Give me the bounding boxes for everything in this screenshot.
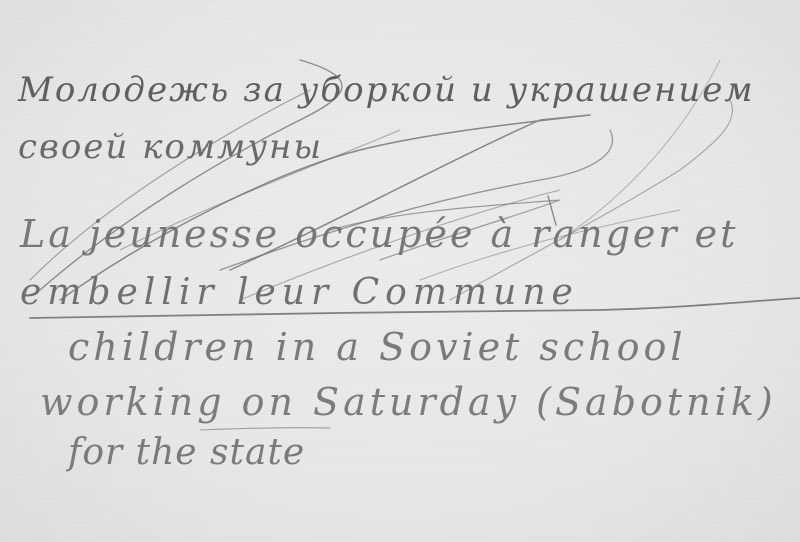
russian-text-line-1: Молодежь за уборкой и украшением	[18, 70, 755, 110]
caption-line-2: working on Saturday (Sabotnik)	[40, 380, 777, 424]
french-text-line-2: embellir leur Commune	[20, 272, 579, 313]
caption-line-1: children in a Soviet school	[68, 325, 687, 369]
handwritten-note-page: Молодежь за уборкой и украшением своей к…	[0, 0, 800, 542]
caption-line-3: for the state	[68, 432, 305, 473]
russian-text-line-2: своей коммуны	[18, 127, 323, 167]
french-text-line-1: La jeunesse occupée à ranger et	[20, 212, 738, 256]
